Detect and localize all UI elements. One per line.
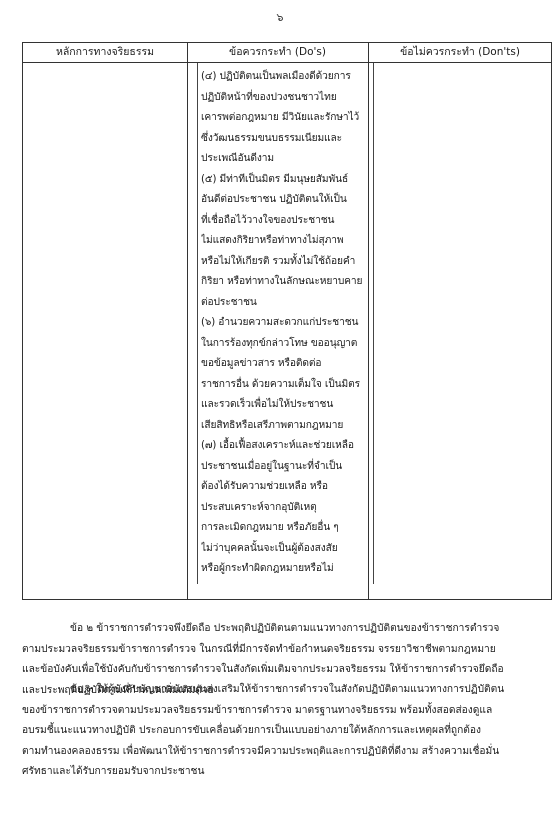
paragraph-line: ศรัทธาและได้รับการยอมรับจากประชาชน <box>22 762 552 783</box>
dos-line: หรือผู้กระทำผิดกฎหมายหรือไม่ <box>201 559 373 580</box>
dos-line: ต่อประชาชน <box>201 293 373 314</box>
header-donts: ข้อไม่ควรกระทำ (Don'ts) <box>368 43 552 62</box>
dos-line: ประชาชนเมื่ออยู่ในฐานะที่จำเป็น <box>201 457 373 478</box>
column-divider <box>187 43 188 599</box>
dos-line: ขอข้อมูลข่าวสาร หรือติดต่อ <box>201 354 373 375</box>
dos-line: ในการร้องทุกข์กล่าวโทษ ขออนุญาต <box>201 334 373 355</box>
paragraph-line: ข้อ ๒ ข้าราชการตำรวจพึงยึดถือ ประพฤติปฏิ… <box>22 619 552 640</box>
dos-line: (๕) มีท่าทีเป็นมิตร มีมนุษยสัมพันธ์ <box>201 170 373 191</box>
dos-line: ซึ่งวัฒนธรรมขนบธรรมเนียมและ <box>201 129 373 150</box>
dos-line: กิริยา หรือท่าทางในลักษณะหยาบคาย <box>201 272 373 293</box>
dos-line: ปฏิบัติหน้าที่ของปวงชนชาวไทย <box>201 88 373 109</box>
paragraph-line: ตามประมวลจริยธรรมข้าราชการตำรวจ ในกรณีที… <box>22 640 552 661</box>
dos-line: หรือไม่ให้เกียรติ รวมทั้งไม่ใช้ถ้อยคำ <box>201 252 373 273</box>
dos-line: ไม่แสดงกิริยาหรือท่าทางไม่สุภาพ <box>201 231 373 252</box>
dos-line: ต้องได้รับความช่วยเหลือ หรือ <box>201 477 373 498</box>
paragraph-line: และข้อบังคับเพื่อใช้บังคับกับข้าราชการตำ… <box>22 660 552 681</box>
dos-line: ประสบเคราะห์จากอุบัติเหตุ <box>201 498 373 519</box>
table-header-row: หลักการทางจริยธรรม ข้อควรกระทำ (Do's) ข้… <box>23 43 551 63</box>
paragraph-line: ข้อ ๓ ให้ผู้บังคับบัญชาสนับสนุนส่งเสริมใ… <box>22 680 552 701</box>
ethics-table: หลักการทางจริยธรรม ข้อควรกระทำ (Do's) ข้… <box>22 42 552 600</box>
dos-line: เคารพต่อกฎหมาย มีวินัยและรักษาไว้ <box>201 108 373 129</box>
dos-line: ไม่ว่าบุคคลนั้นจะเป็นผู้ต้องสงสัย <box>201 539 373 560</box>
dos-line: ที่เชื่อถือไว้วางใจของประชาชน <box>201 211 373 232</box>
dos-line: (๖) อำนวยความสะดวกแก่ประชาชน <box>201 313 373 334</box>
dos-list: (๔) ปฏิบัติตนเป็นพลเมืองดีด้วยการ ปฏิบัต… <box>201 67 373 580</box>
dos-line: อันดีต่อประชาชน ปฏิบัติตนให้เป็น <box>201 190 373 211</box>
dos-line: (๔) ปฏิบัติตนเป็นพลเมืองดีด้วยการ <box>201 67 373 88</box>
header-ethical-principles: หลักการทางจริยธรรม <box>23 43 187 62</box>
dos-line: และรวดเร็วเพื่อไม่ให้ประชาชน <box>201 395 373 416</box>
dos-line: การละเมิดกฎหมาย หรือภัยอื่น ๆ <box>201 518 373 539</box>
clause-3-paragraph: ข้อ ๓ ให้ผู้บังคับบัญชาสนับสนุนส่งเสริมใ… <box>22 680 552 783</box>
paragraph-line: ตามทำนองคลองธรรม เพื่อพัฒนาให้ข้าราชการต… <box>22 742 552 763</box>
dos-line: ราชการอื่น ด้วยความเต็มใจ เป็นมิตร <box>201 375 373 396</box>
dos-line: ประเพณีอันดีงาม <box>201 149 373 170</box>
header-dos: ข้อควรกระทำ (Do's) <box>187 43 368 62</box>
page-number: ๖ <box>0 8 560 26</box>
paragraph-line: ของข้าราชการตำรวจตามประมวลจริยธรรมข้าราช… <box>22 701 552 722</box>
dos-line: เสียสิทธิหรือเสรีภาพตามกฎหมาย <box>201 416 373 437</box>
dos-line: (๗) เอื้อเฟื้อสงเคราะห์และช่วยเหลือ <box>201 436 373 457</box>
paragraph-line: อบรมชี้แนะแนวทางปฏิบัติ ประกอบการขับเคลื… <box>22 721 552 742</box>
